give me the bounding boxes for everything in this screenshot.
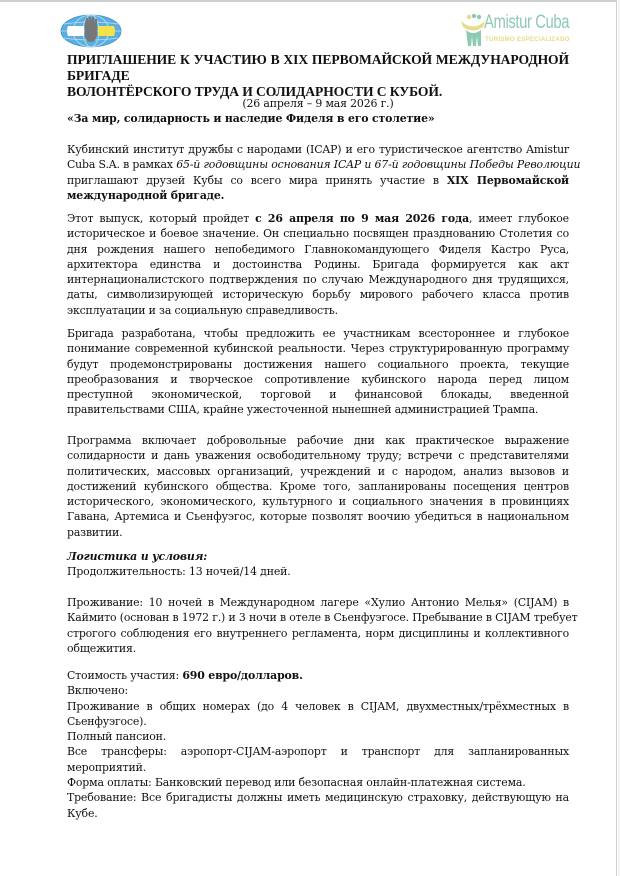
amistur-cuba-logo: Amistur Cuba TURISMO ESPECIALIZADO — [460, 12, 590, 48]
lodging-paragraph: Проживание: 10 ночей в Международном лаг… — [67, 595, 569, 656]
document-title: ПРИГЛАШЕНИЕ К УЧАСТИЮ В XIX ПЕРВОМАЙСКОЙ… — [67, 52, 569, 100]
included-meals: Полный пансион. — [67, 729, 569, 744]
globe-hands-icon — [60, 14, 122, 48]
payment-method: Форма оплаты: Банковский перевод или без… — [67, 775, 569, 790]
amistur-figures-icon — [460, 12, 486, 48]
title-line-1: ПРИГЛАШЕНИЕ К УЧАСТИЮ В XIX ПЕРВОМАЙСКОЙ… — [67, 52, 569, 84]
cost-and-inclusions: Стоимость участия: 690 евро/долларов. Вк… — [67, 668, 569, 821]
paragraph-program: Программа включает добровольные рабочие … — [67, 433, 569, 540]
insurance-requirement: Требование: Все бригадисты должны иметь … — [67, 790, 569, 805]
paragraph-history: Этот выпуск, который пройдет с 26 апреля… — [67, 211, 569, 318]
intro-paragraph: Кубинский институт дружбы с народами (IC… — [67, 142, 569, 203]
event-dates: (26 апреля – 9 мая 2026 г.) — [67, 96, 569, 111]
included-lodging: Проживание в общих номерах (до 4 человек… — [67, 699, 569, 714]
included-label: Включено: — [67, 683, 569, 698]
amistur-subtitle: TURISMO ESPECIALIZADO — [485, 36, 570, 43]
paragraph-purpose: Бригада разработана, чтобы предложить ее… — [67, 326, 569, 418]
included-transfers: Все трансферы: аэропорт-CIJAM-аэропорт и… — [67, 744, 569, 759]
duration: Продолжительность: 13 ночей/14 дней. — [67, 564, 569, 579]
amistur-title: Amistur Cuba — [484, 12, 569, 34]
logistics-section: Логистика и условия: Продолжительность: … — [67, 549, 569, 580]
event-motto: «За мир, солидарность и наследие Фиделя … — [67, 111, 569, 126]
icap-logo — [60, 14, 122, 48]
cost-line: Стоимость участия: 690 евро/долларов. — [67, 668, 569, 683]
logistics-heading: Логистика и условия: — [67, 549, 569, 564]
